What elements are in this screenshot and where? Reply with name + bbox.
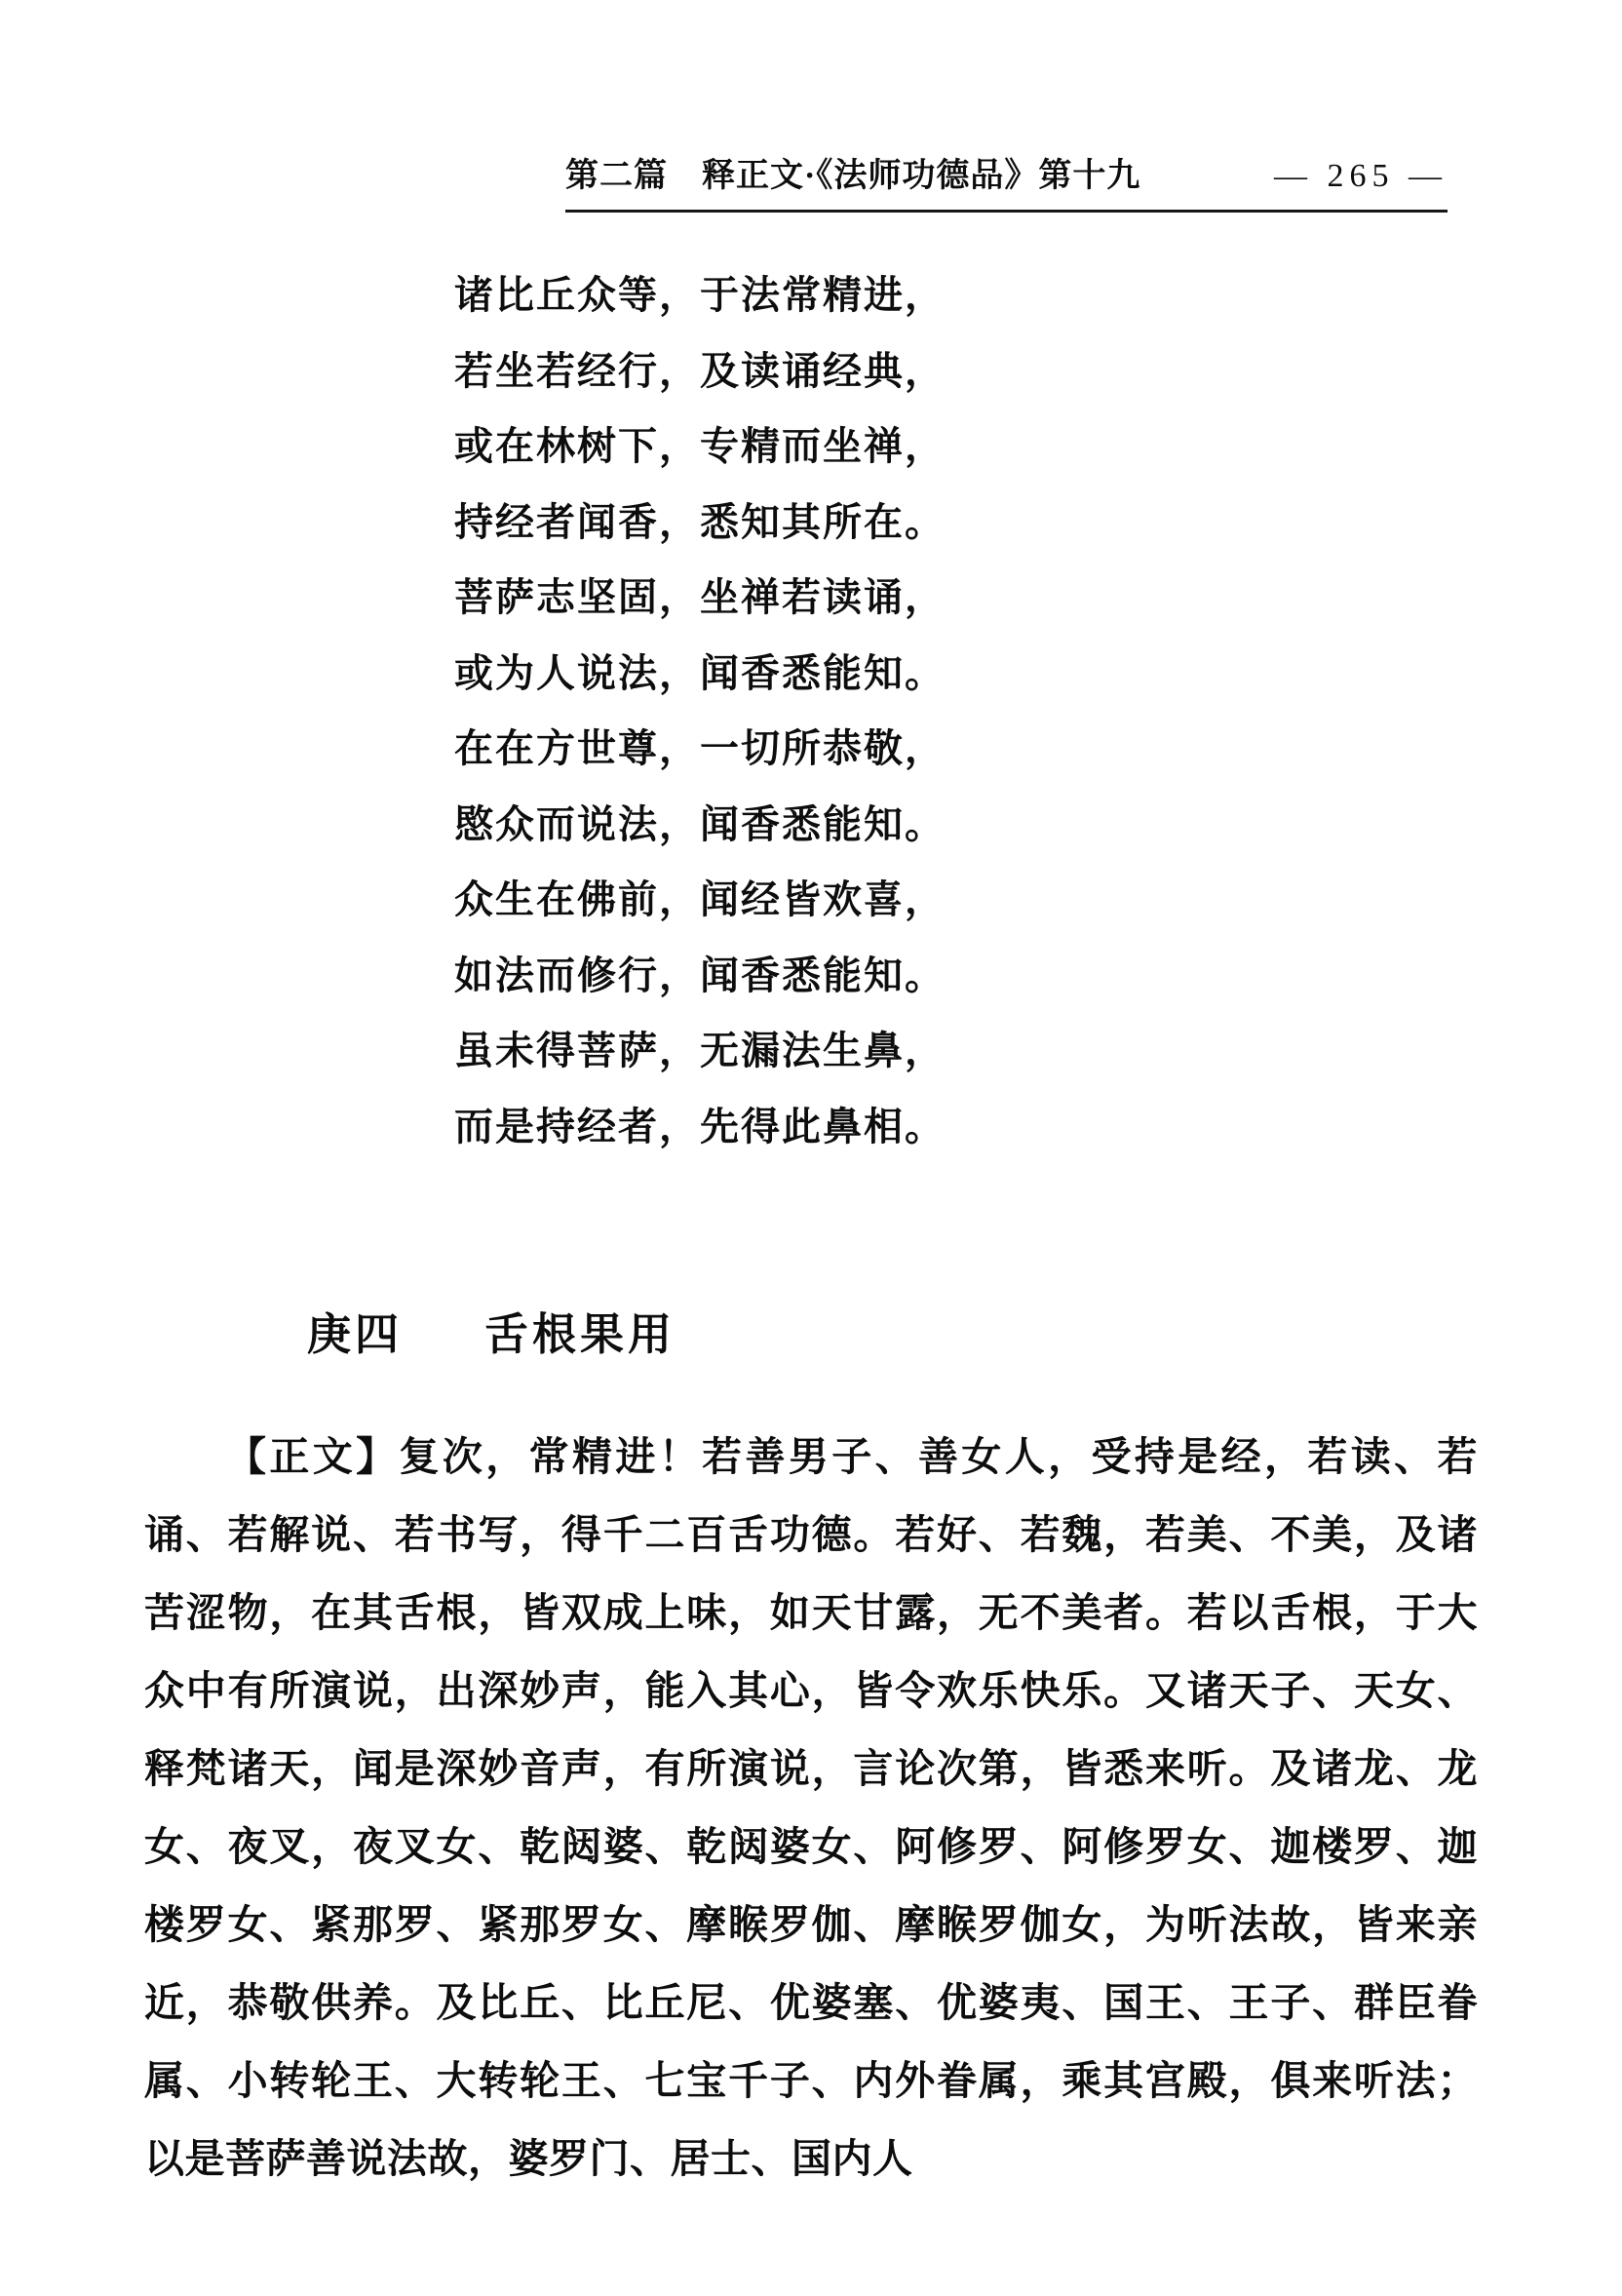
verse-line: 愍众而说法，闻香悉能知。 bbox=[454, 805, 946, 844]
section-title: 舌根果用 bbox=[484, 1299, 676, 1362]
body-text: 复次，常精进！若善男子、善女人，受持是经，若读、若诵、若解说、若书写，得千二百舌… bbox=[144, 1434, 1478, 2181]
verse-line: 众生在佛前，闻经皆欢喜， bbox=[454, 880, 946, 919]
verse-line: 持经者闻香，悉知其所在。 bbox=[454, 503, 946, 542]
body-paragraph: 【正文】复次，常精进！若善男子、善女人，受持是经，若读、若诵、若解说、若书写，得… bbox=[144, 1418, 1478, 2198]
page-header: 第二篇 释正文·《法师功德品》第十九 — 265 — bbox=[565, 148, 1448, 213]
verse-line: 而是持经者，先得此鼻相。 bbox=[454, 1108, 946, 1147]
verse-line: 诸比丘众等，于法常精进， bbox=[454, 276, 946, 315]
verse-line: 或在林树下，专精而坐禅， bbox=[454, 427, 946, 466]
verse-line: 在在方世尊，一切所恭敬， bbox=[454, 729, 946, 768]
verse-line: 若坐若经行，及读诵经典， bbox=[454, 352, 946, 391]
verse-line: 或为人说法，闻香悉能知。 bbox=[454, 654, 946, 693]
verse-line: 虽未得菩萨，无漏法生鼻， bbox=[454, 1031, 946, 1070]
verse-line: 如法而修行，闻香悉能知。 bbox=[454, 956, 946, 995]
header-title: 第二篇 释正文·《法师功德品》第十九 bbox=[565, 148, 1140, 196]
verse-block: 诸比丘众等，于法常精进，若坐若经行，及读诵经典，或在林树下，专精而坐禅，持经者闻… bbox=[454, 276, 946, 1183]
section-number: 庚四 bbox=[307, 1299, 403, 1362]
book-page: 第二篇 释正文·《法师功德品》第十九 — 265 — 诸比丘众等，于法常精进，若… bbox=[0, 0, 1622, 2296]
header-page-number: — 265 — bbox=[1274, 158, 1448, 195]
verse-line: 菩萨志坚固，坐禅若读诵， bbox=[454, 578, 946, 617]
section-heading: 庚四 舌根果用 bbox=[307, 1299, 676, 1362]
zhengwen-label: 【正文】 bbox=[226, 1434, 400, 1479]
